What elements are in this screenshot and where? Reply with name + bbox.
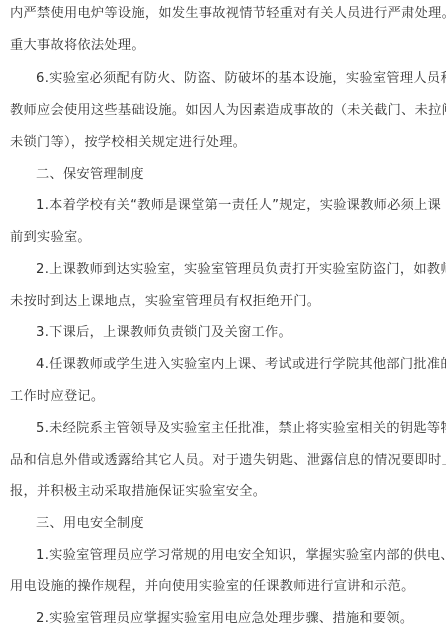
text-line: 未按时到达上课地点，实验室管理员有权拒绝开门。 — [10, 293, 320, 311]
text-line: 教师应会使用这些基础设施。如因人为因素造成事故的（未关截门、未拉闸、 — [10, 102, 446, 120]
text-line: 品和信息外借或透露给其它人员。对于遗失钥匙、泄露信息的情况要即时上 — [10, 452, 446, 470]
paragraph-item-3: 3.下课后，上课教师负责锁门及关窗工作。 — [36, 324, 292, 342]
paragraph-item-5: 5.未经院系主管领导及实验室主任批准，禁止将实验室相关的钥匙等物 — [36, 420, 446, 438]
text-line: 工作时应登记。 — [10, 388, 104, 406]
text-line: 内严禁使用电炉等设施，如发生事故视情节轻重对有关人员进行严肃处理。 — [10, 5, 446, 23]
text-line: 未锁门等），按学校相关规定进行处理。 — [10, 134, 246, 152]
paragraph-item-1: 1.实验室管理员应学习常规的用电安全知识，掌握实验室内部的供电、 — [36, 547, 446, 565]
text-line: 重大事故将依法处理。 — [10, 37, 145, 55]
text-line: 报，并积极主动采取措施保证实验室安全。 — [10, 483, 266, 501]
paragraph-item-2: 2.上课教师到达实验室，实验室管理员负责打开实验室防盗门，如教师 — [36, 261, 446, 279]
section-heading-electrical: 三、用电安全制度 — [36, 515, 144, 533]
section-heading-security: 二、保安管理制度 — [36, 166, 144, 184]
text-line: 前到实验室。 — [10, 229, 91, 247]
text-line: 用电设施的操作规程，并向使用实验室的任课教师进行宣讲和示范。 — [10, 578, 415, 596]
paragraph-item-1: 1.本着学校有关“教师是课堂第一责任人”规定，实验课教师必须上课 — [36, 197, 441, 215]
paragraph-item-2: 2.实验室管理员应掌握实验室用电应急处理步骤、措施和要领。 — [36, 610, 413, 628]
paragraph-item-4: 4.任课教师或学生进入实验室内上课、考试或进行学院其他部门批准的 — [36, 356, 446, 374]
paragraph-item-6: 6.实验室必须配有防火、防盗、防破坏的基本设施，实验室管理人员和 — [36, 70, 446, 88]
